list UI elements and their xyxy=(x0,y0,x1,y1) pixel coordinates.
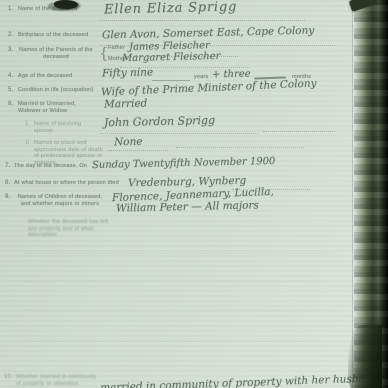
mother-value: Margaret Fleischer xyxy=(122,51,221,64)
death-notice-page: 1. Name of the deceased Ellen Eliza Spri… xyxy=(0,0,388,388)
property-label: Whether the deceased has left any proper… xyxy=(28,219,114,239)
field-6i-number: i. xyxy=(26,121,29,128)
entry-rule xyxy=(100,132,258,134)
field-1-value: Ellen Eliza Sprigg xyxy=(104,0,237,18)
field-2-label: Birthplace of the deceased xyxy=(18,32,102,39)
field-9-label: Names of Children of deceased, and wheth… xyxy=(14,194,106,207)
entry-rule xyxy=(108,149,168,151)
field-6-label: Married or Unmarried, Widower or Widow xyxy=(18,101,84,114)
years-unit-label: years xyxy=(194,74,208,81)
entry-rule xyxy=(100,19,305,21)
age-years-value: Fifty nine xyxy=(102,66,153,79)
field-1-number: 1. xyxy=(8,6,13,13)
field-8-label: At what house or where the person died xyxy=(14,180,124,187)
field-7-number: 7. xyxy=(5,163,10,170)
field-6i-value: John Gordon Sprigg xyxy=(104,114,215,130)
field-6ii-number: ii. xyxy=(26,140,31,147)
binding-shadow xyxy=(348,325,382,388)
entry-dash xyxy=(152,79,190,81)
age-months-value: + three xyxy=(212,69,251,81)
entry-rule xyxy=(176,146,304,148)
blank-rule xyxy=(24,308,334,310)
field-5-label: Condition in life (occupation) xyxy=(18,87,102,94)
field-7-label: The day of the decease. On xyxy=(14,163,92,170)
father-label: Father xyxy=(108,45,125,52)
field-7-value: Sunday Twentyfifth November 1900 xyxy=(92,156,276,171)
field-2-number: 2. xyxy=(8,32,13,39)
field-10-value: married in community of property with he… xyxy=(100,370,388,388)
field-10-number: 10. xyxy=(4,374,13,381)
entry-rule xyxy=(263,130,335,132)
field-9-number: 9. xyxy=(5,194,10,201)
field-4-label: Age of the deceased xyxy=(18,73,98,80)
ink-blot xyxy=(54,0,78,9)
field-4-number: 4. xyxy=(8,73,13,80)
field-5-number: 5. xyxy=(8,87,13,94)
field-5-value: Wife of the Prime Minister of the Colony xyxy=(101,77,317,98)
field-3-label: Names of the Parents of the deceased xyxy=(18,47,94,60)
field-6ii-value: None xyxy=(114,136,143,149)
field-3-number: 3. xyxy=(8,47,13,54)
field-9-value-line2: William Peter — All majors xyxy=(116,199,259,214)
field-8-number: 8. xyxy=(5,180,10,187)
blank-rule xyxy=(24,340,319,342)
field-6-number: 6. xyxy=(8,101,13,108)
blank-rule xyxy=(24,280,324,282)
field-6i-label: Name of surviving spouse xyxy=(34,121,98,134)
blank-rule xyxy=(24,252,334,254)
field-6-value: Married xyxy=(104,98,148,111)
field-10-label: Whether married in community of property… xyxy=(16,374,100,387)
field-2-value: Glen Avon, Somerset East, Cape Colony xyxy=(102,25,314,42)
